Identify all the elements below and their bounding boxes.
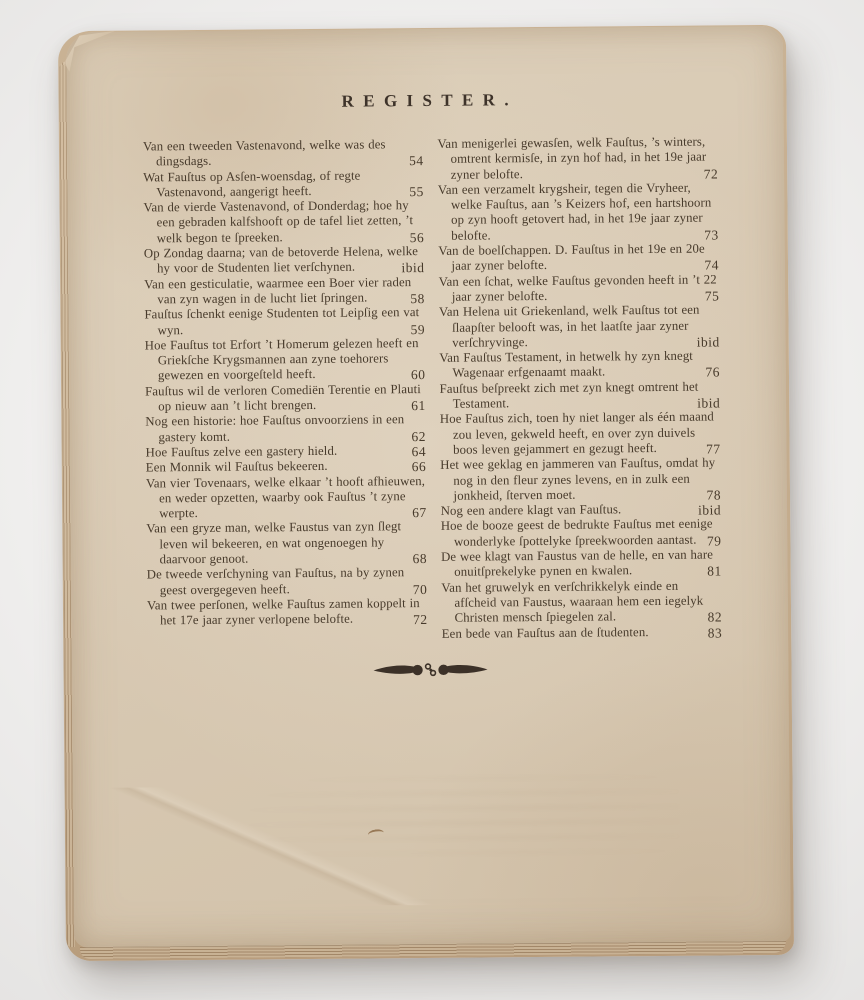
- paper-fiber: [367, 828, 384, 839]
- entry-page-number: 58: [423, 291, 425, 306]
- index-entry: Fauſtus beſpreekt zich met zyn knegt omt…: [440, 379, 721, 412]
- entry-text: Hoe Fauſtus zelve een gastery hield.: [146, 444, 338, 460]
- index-entry: Fauſtus ſchenkt eenige Studenten tot Lei…: [144, 305, 425, 338]
- index-entry: Nog een historie: hoe Fauſtus onvoorzien…: [145, 412, 426, 445]
- entry-text: Op Zondag daarna; van de betoverde Helen…: [144, 244, 418, 276]
- entry-page-number: 55: [422, 184, 424, 199]
- entry-text: Van Fauſtus Testament, in hetwelk hy zyn…: [439, 349, 693, 380]
- index-entry: Van een gryze man, welke Faustus van zyn…: [146, 519, 427, 567]
- entry-text: Van een ſchat, welke Fauſtus gevonden he…: [439, 272, 717, 304]
- entry-page-number: 67: [425, 505, 427, 520]
- entry-page-number: 66: [425, 459, 427, 474]
- entry-page-number: ibid: [710, 334, 720, 349]
- entry-page-number: 77: [719, 441, 721, 456]
- entry-text: Hoe Fauſtus tot Erfort ’t Homerum geleze…: [145, 336, 419, 383]
- entry-page-number: 56: [423, 230, 425, 245]
- index-entry: Op Zondag daarna; van de betoverde Helen…: [144, 244, 425, 277]
- index-entry: Van een ſchat, welke Fauſtus gevonden he…: [439, 272, 720, 305]
- entry-page-number: 70: [426, 582, 428, 597]
- index-entry: Van een verzamelt krygsheir, tegen die V…: [438, 180, 719, 244]
- entry-page-number: 75: [718, 288, 720, 303]
- entry-page-number: 59: [424, 322, 426, 337]
- index-entry: Van vier Tovenaars, welke elkaar ’t hoof…: [146, 474, 427, 522]
- entry-page-number: 54: [422, 153, 424, 168]
- entry-text: Van Helena uit Griekenland, welk Fauſtus…: [439, 303, 700, 350]
- entry-page-number: ibid: [711, 503, 721, 518]
- entry-text: Fauſtus beſpreekt zich met zyn knegt omt…: [440, 379, 699, 410]
- entry-text: Hoe de booze geest de bedrukte Fauſtus m…: [441, 517, 713, 549]
- index-entry: De tweede verſchyning van Fauſtus, na by…: [147, 565, 428, 598]
- entry-text: Een bede van Fauſtus aan de ſtudenten.: [442, 625, 649, 641]
- index-entry: Het wee geklag en jammeren van Fauſtus, …: [440, 456, 721, 504]
- entry-text: Fauſtus wil de verloren Comediën Terenti…: [145, 382, 421, 414]
- entry-text: Nog een historie: hoe Fauſtus onvoorzien…: [145, 413, 404, 444]
- entry-text: Van menigerlei gewasſen, welk Fauſtus, ’…: [437, 135, 706, 182]
- index-columns: Van een tweeden Vastenavond, welke was d…: [67, 108, 789, 645]
- index-entry: Van menigerlei gewasſen, welk Fauſtus, ’…: [437, 134, 718, 182]
- index-column-left: Van een tweeden Vastenavond, welke was d…: [143, 137, 428, 644]
- entry-page-number: 62: [424, 429, 426, 444]
- entry-text: Wat Fauſtus op Asſen-woensdag, of regte …: [143, 168, 360, 199]
- index-entry: Fauſtus wil de verloren Comediën Terenti…: [145, 382, 426, 415]
- index-entry: Hoe Fauſtus tot Erfort ’t Homerum geleze…: [145, 336, 426, 384]
- entry-text: Van twee perſonen, welke Fauſtus zamen k…: [147, 596, 420, 628]
- entry-page-number: 64: [425, 444, 427, 459]
- entry-page-number: 72: [426, 612, 428, 627]
- index-entry: Hoe Fauſtus zich, toen hy niet langer al…: [440, 410, 721, 458]
- entry-page-number: ibid: [414, 260, 424, 275]
- entry-page-number: 79: [720, 533, 722, 548]
- entry-page-number: 78: [719, 487, 721, 502]
- index-entry: Van het gruwelyk en verſchrikkelyk einde…: [441, 578, 722, 626]
- entry-text: Van een gesticulatie, waarmee een Boer v…: [144, 275, 411, 307]
- entry-page-number: 61: [424, 398, 426, 413]
- entry-page-number: 76: [718, 365, 720, 380]
- index-entry: Van twee perſonen, welke Fauſtus zamen k…: [147, 596, 428, 629]
- index-entry: De wee klagt van Faustus van de helle, e…: [441, 547, 722, 580]
- entry-text: Hoe Fauſtus zich, toen hy niet langer al…: [440, 410, 714, 457]
- index-entry: Van de boelſchappen. D. Fauſtus in het 1…: [438, 242, 719, 275]
- entry-text: Nog een andere klagt van Fauſtus.: [441, 502, 622, 518]
- index-entry: Van een gesticulatie, waarmee een Boer v…: [144, 275, 425, 308]
- index-entry: Van Helena uit Griekenland, welk Fauſtus…: [439, 303, 720, 351]
- entry-text: De tweede verſchyning van Fauſtus, na by…: [147, 566, 405, 597]
- entry-page-number: 81: [720, 564, 722, 579]
- entry-text: Van vier Tovenaars, welke elkaar ’t hoof…: [146, 474, 425, 521]
- book-page: REGISTER. Van een tweeden Vastenavond, w…: [66, 26, 791, 948]
- entry-page-number: 73: [717, 227, 719, 242]
- entry-page-number: 72: [717, 166, 719, 181]
- entry-page-number: 83: [721, 625, 723, 640]
- entry-page-number: 68: [426, 551, 428, 566]
- entry-page-number: 60: [424, 367, 426, 382]
- entry-text: Van een verzamelt krygsheir, tegen die V…: [438, 181, 712, 243]
- printer-ornament-icon: [370, 657, 490, 682]
- entry-text: Van een tweeden Vastenavond, welke was d…: [143, 137, 386, 168]
- entry-page-number: 82: [721, 610, 723, 625]
- page-content: REGISTER. Van een tweeden Vastenavond, w…: [66, 26, 791, 948]
- entry-text: Fauſtus ſchenkt eenige Studenten tot Lei…: [144, 305, 419, 337]
- entry-text: Van het gruwelyk en verſchrikkelyk einde…: [441, 578, 703, 625]
- entry-text: Van de vierde Vastenavond, of Donderdag;…: [143, 198, 413, 245]
- entry-text: Van een gryze man, welke Faustus van zyn…: [146, 520, 401, 567]
- entry-text: Een Monnik wil Fauſtus bekeeren.: [146, 459, 328, 475]
- index-entry: Hoe de booze geest de bedrukte Fauſtus m…: [441, 517, 722, 550]
- index-entry: Van Fauſtus Testament, in hetwelk hy zyn…: [439, 349, 720, 382]
- entry-text: De wee klagt van Faustus van de helle, e…: [441, 548, 713, 580]
- entry-text: Van de boelſchappen. D. Fauſtus in het 1…: [438, 242, 704, 274]
- entry-page-number: 74: [717, 258, 719, 273]
- index-entry: Van een tweeden Vastenavond, welke was d…: [143, 137, 424, 170]
- antique-book: REGISTER. Van een tweeden Vastenavond, w…: [58, 25, 794, 961]
- entry-text: Het wee geklag en jammeren van Fauſtus, …: [440, 456, 715, 503]
- index-column-right: Van menigerlei gewasſen, welk Fauſtus, ’…: [437, 134, 722, 641]
- reverse-side-show-through: [242, 769, 680, 865]
- entry-page-number: ibid: [710, 395, 720, 410]
- index-entry: Van de vierde Vastenavond, of Donderdag;…: [143, 198, 424, 246]
- index-entry: Een bede van Fauſtus aan de ſtudenten.83: [442, 624, 723, 642]
- index-entry: Wat Fauſtus op Asſen-woensdag, of regte …: [143, 168, 424, 201]
